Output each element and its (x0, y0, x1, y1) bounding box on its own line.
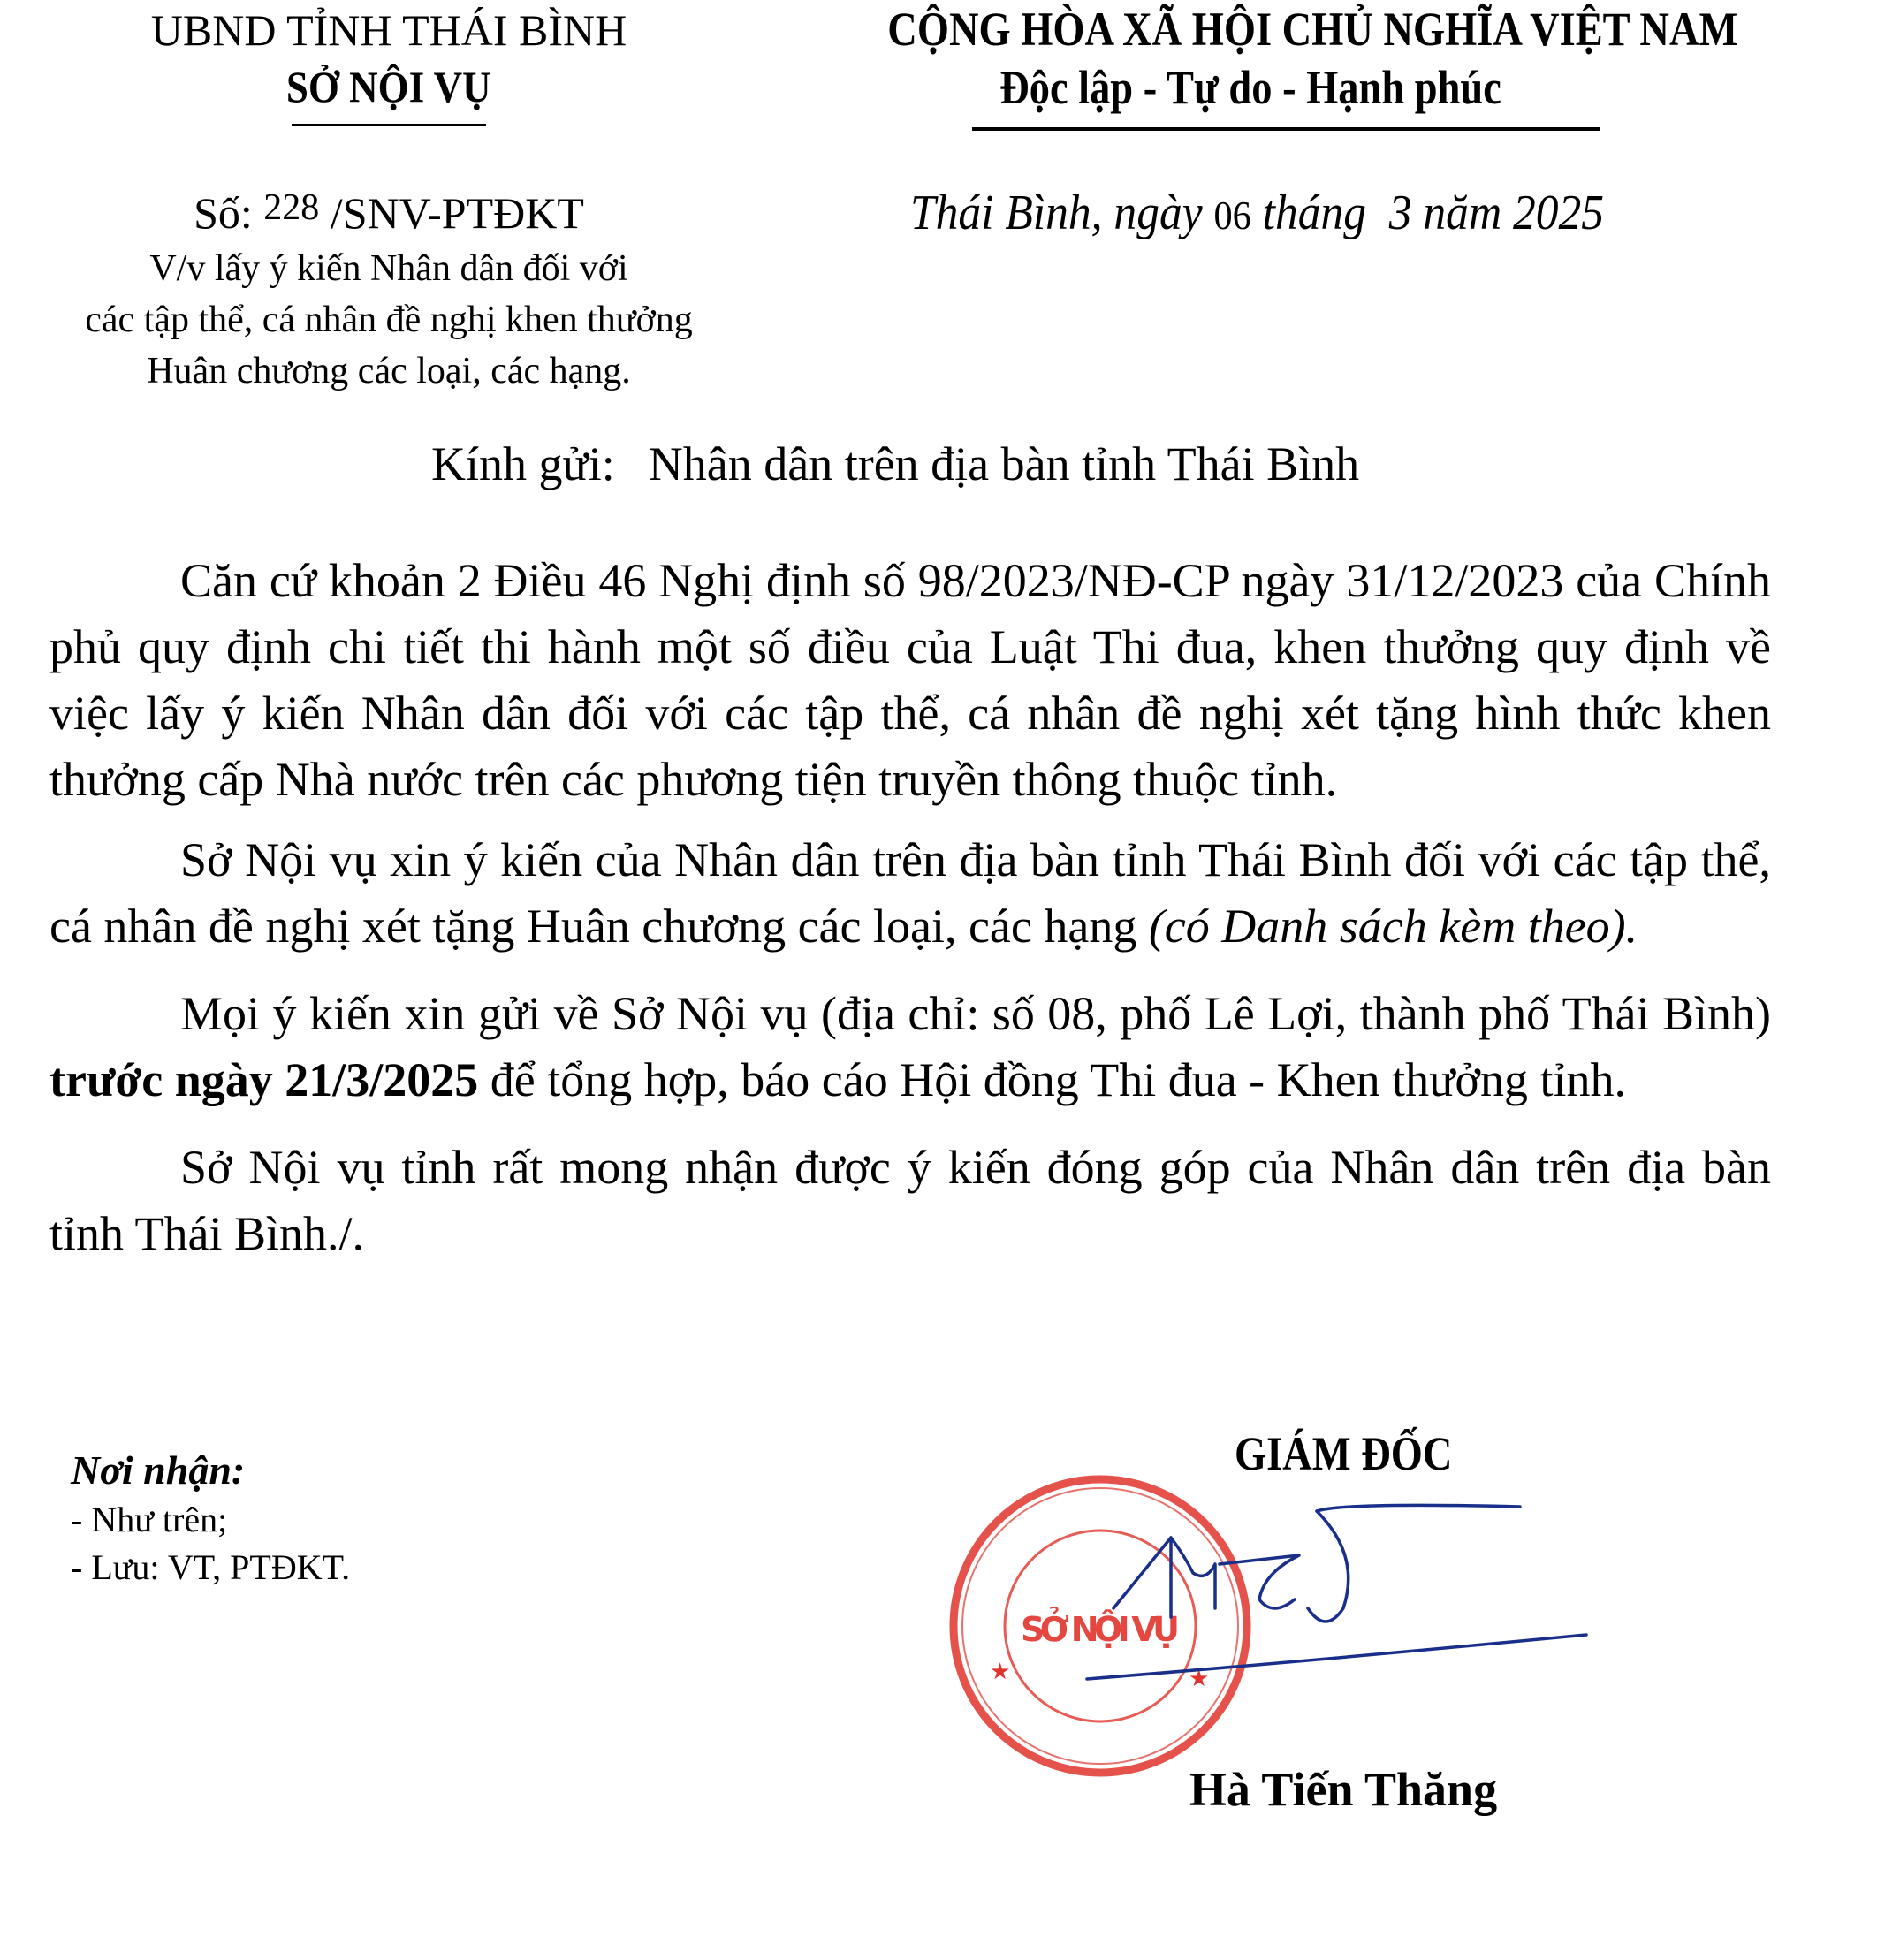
body-paragraph-3: Mọi ý kiến xin gửi về Sở Nội vụ (địa chỉ… (49, 981, 1771, 1113)
distribution-title: Nơi nhận: (71, 1445, 689, 1496)
national-motto: Độc lập - Tự do - Hạnh phúc (999, 58, 1501, 117)
date-month: 3 (1389, 186, 1412, 240)
document-number-label: Số: (194, 188, 253, 238)
issuing-agency-block: UBND TỈNH THÁI BÌNH SỞ NỘI VỤ Số: 228 /S… (0, 0, 778, 397)
parent-organization: UBND TỈNH THÁI BÌNH (0, 2, 778, 58)
letter-body: Căn cứ khoản 2 Điều 46 Nghị định số 98/2… (49, 548, 1771, 1288)
paragraph-3-text: Mọi ý kiến xin gửi về Sở Nội vụ (địa chỉ… (180, 987, 1771, 1040)
motto-underline (972, 127, 1600, 131)
signer-name: Hà Tiến Thăng (1113, 1759, 1573, 1820)
document-number-value: 228 (263, 187, 319, 228)
place-label: Thái Bình, ngày (910, 186, 1203, 240)
organization-name: SỞ NỘI VỤ (286, 58, 491, 115)
date-year: năm 2025 (1423, 186, 1604, 240)
addressee-value: Nhân dân trên địa bàn tỉnh Thái Bình (649, 437, 1359, 490)
body-paragraph-2: Sở Nội vụ xin ý kiến của Nhân dân trên đ… (49, 827, 1771, 960)
national-header-block: CỘNG HÒA XÃ HỘI CHỦ NGHĨA VIỆT NAM Độc l… (778, 0, 1900, 247)
body-paragraph-4: Sở Nội vụ tỉnh rất mong nhận được ý kiến… (49, 1135, 1771, 1267)
date-day: 06 (1213, 193, 1250, 238)
distribution-list: Nơi nhận: - Như trên; - Lưu: VT, PTĐKT. (71, 1445, 689, 1592)
addressee-label: Kính gửi: (431, 437, 615, 490)
organization-underline (292, 124, 486, 126)
month-label: tháng (1263, 186, 1366, 240)
document-number: Số: 228 /SNV-PTĐKT (0, 186, 778, 243)
subject-line-1: V/v lấy ý kiến Nhân dân đối với (0, 243, 778, 294)
handwritten-signature (1043, 1502, 1626, 1697)
seal-star-icon: ★ (990, 1659, 1010, 1684)
deadline-text: trước ngày 21/3/2025 (49, 1053, 478, 1106)
signer-title: GIÁM ĐỐC (1235, 1423, 1452, 1485)
paragraph-3-tail: để tổng hợp, báo cáo Hội đồng Thi đua - … (478, 1053, 1626, 1106)
distribution-item: - Như trên; (71, 1496, 689, 1544)
subject-line-2: các tập thể, cá nhân đề nghị khen thưởng (0, 294, 778, 346)
document-number-code: /SNV-PTĐKT (331, 188, 584, 238)
subject-line-3: Huân chương các loại, các hạng. (0, 346, 778, 397)
place-and-date: Thái Bình, ngày 06 tháng 3 năm 2025 (910, 182, 1604, 247)
attachment-note: (có Danh sách kèm theo). (1149, 900, 1638, 953)
nation-name: CỘNG HÒA XÃ HỘI CHỦ NGHĨA VIỆT NAM (887, 0, 1737, 58)
addressee: Kính gửi:Nhân dân trên địa bàn tỉnh Thái… (0, 433, 1900, 495)
distribution-item: - Lưu: VT, PTĐKT. (71, 1544, 689, 1592)
body-paragraph-1: Căn cứ khoản 2 Điều 46 Nghị định số 98/2… (49, 548, 1771, 813)
